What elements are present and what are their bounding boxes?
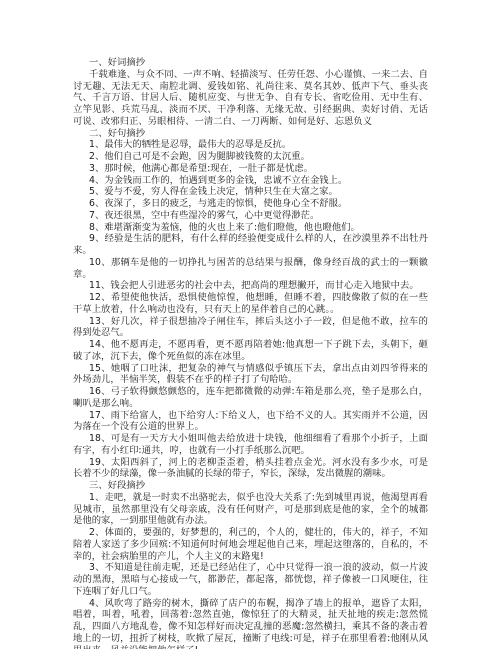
sentence-item: 12、希望使他快活，恐惧使他惊惶，他想睡，但睡不着，四肢像散了似的在一些干草上放… [73, 292, 428, 316]
section-heading: 三、好段摘抄 [73, 480, 428, 492]
sentence-item: 18、可是有一天方大小姐叫他去给放进十块钱，他细细看了看那个小折子，上面有字，有… [73, 433, 428, 457]
paragraph-item: 4、风吹弯了路旁的树木，撕碎了店户的布幌，揭净了墙上的报单，遮昏了太阳，唱着，叫… [73, 598, 428, 649]
sentence-item: 10、那辆车是他的一切挣扎与困苦的总结果与报酬，像身经百战的武士的一颗徽章。 [73, 257, 428, 281]
sentence-item: 15、她咽了口吐沫，把复杂的神气与情感似乎镇压下去，拿出点由刘四爷得来的外场劲儿… [73, 363, 428, 387]
sentence-item: 17、雨下给富人，也下给穷人:下给义人，也下给不义的人。其实雨并不公道，因为落在… [73, 410, 428, 434]
section-good-sentences: 二、好句摘抄 1、最伟大的牺牲是忍辱，最伟大的忍辱是反抗。 2、他们自己可是不会… [73, 128, 428, 481]
sentence-item: 9、经验是生活的肥料，有什么样的经验便变成什么样的人，在沙漠里养不出牡丹来。 [73, 233, 428, 257]
sentence-item: 7、夜还很黑，空中有些湿冷的雾气，心中更觉得渺茫。 [73, 210, 428, 222]
sentence-item: 1、最伟大的牺牲是忍辱，最伟大的忍辱是反抗。 [73, 139, 428, 151]
section-heading: 一、好词摘抄 [73, 57, 428, 69]
sentence-item: 14、他不愿再走，不愿再看，更不愿再陪着她:他真想一下子跳下去，头朝下，砸破了冰… [73, 339, 428, 363]
sentence-item: 13、好几次，祥子很想抽冷子闸住车，摔后头这小子一跤，但是他不敢，拉车的得到处忍… [73, 316, 428, 340]
section-heading: 二、好句摘抄 [73, 128, 428, 140]
paragraph-item: 2、体面的，要强的，好梦想的，利己的，个人的，健壮的，伟大的，祥子，不知陪着人家… [73, 527, 428, 562]
sentence-item: 6、夜深了，多日的疲乏，与逃走的惊惧，使他身心全不舒服。 [73, 198, 428, 210]
document-page: 一、好词摘抄 千载难逢、与众不同、一声不响、轻描淡写、任劳任怨、小心谨慎、一来二… [73, 57, 428, 649]
sentence-item: 16、弓子软得颤悠颤悠的，连车把都微微的动弹:车箱是那么亮，垫子是那么白，喇叭是… [73, 386, 428, 410]
word-list-paragraph: 千载难逢、与众不同、一声不响、轻描淡写、任劳任怨、小心谨慎、一来二去、自讨无趣、… [73, 69, 428, 128]
sentence-item: 8、难堪渐渐变为羞恼，他的火也上来了:他们瞪他，他也瞪他们。 [73, 222, 428, 234]
sentence-item: 2、他们自己可是不会跑，因为腿脚被钱赘的太沉重。 [73, 151, 428, 163]
section-good-words: 一、好词摘抄 千载难逢、与众不同、一声不响、轻描淡写、任劳任怨、小心谨慎、一来二… [73, 57, 428, 128]
sentence-item: 11、钱会把人引进恶劣的社会中去，把高尚的理想撇开，而甘心走入地狱中去。 [73, 280, 428, 292]
sentence-item: 5、爱与不爱，穷人得在金钱上决定，情种只生在大富之家。 [73, 186, 428, 198]
section-good-paragraphs: 三、好段摘抄 1、走吧，就是一时卖不出骆驼去，似乎也没大关系了:先到城里再说，他… [73, 480, 428, 649]
sentence-item: 4、为金钱而工作的，怕遇到更多的金钱，忠诚不立在金钱上。 [73, 175, 428, 187]
paragraph-item: 3、不知道是往前走呢，还是已经站住了，心中只觉得一浪一浪的波动，似一片波动的黑海… [73, 562, 428, 597]
sentence-item: 19、太阳西斜了，河上的老柳歪歪着，梢头挂着点金光。河水没有多少水，可是长着不少… [73, 457, 428, 481]
paragraph-item: 1、走吧，就是一时卖不出骆驼去，似乎也没大关系了:先到城里再说，他渴望再看见城市… [73, 492, 428, 527]
sentence-item: 3、那时候，他满心都是希望:现在，一肚子都是忧虑。 [73, 163, 428, 175]
